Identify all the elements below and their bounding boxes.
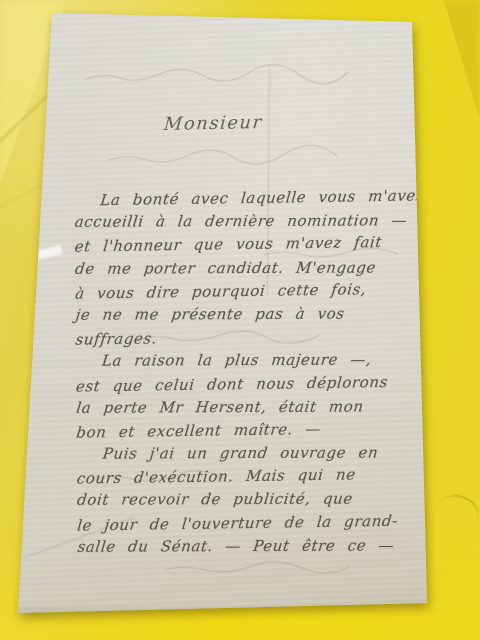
letter-line: La raison la plus majeure —, xyxy=(75,349,424,374)
paper-shadow-wrap: Monsieur La bonté avec laquelle vous m'a… xyxy=(14,10,432,620)
backdrop-corner-shade xyxy=(428,0,480,120)
paper-bottom-edge-shade xyxy=(14,604,432,620)
letter-line: de me porter candidat. M'engage xyxy=(74,256,423,281)
letter-line: et l'honneur que vous m'avez fait xyxy=(74,231,423,259)
letter-line: salle du Sénat. — Peut être ce — xyxy=(76,534,425,559)
letter-line: je ne me présente pas à vos xyxy=(74,302,423,327)
letter-line: le jour de l'ouverture de la grand- xyxy=(76,509,425,537)
letter-content: Monsieur La bonté avec laquelle vous m'a… xyxy=(14,10,432,620)
letter-line: à vous dire pourquoi cette fois, xyxy=(74,277,423,305)
letter-line: bon et excellent maître. — xyxy=(75,416,424,444)
letter-line: doit recevoir de publicité, que xyxy=(76,488,425,513)
letter-paper: Monsieur La bonté avec laquelle vous m'a… xyxy=(14,10,432,620)
backdrop-scratch-mark xyxy=(434,488,480,532)
letter-line: la perte Mr Hersent, était mon xyxy=(75,395,424,420)
letter-photo: Monsieur La bonté avec laquelle vous m'a… xyxy=(0,0,480,640)
letter-line: est que celui dont nous déplorons xyxy=(75,370,424,398)
salutation: Monsieur xyxy=(163,112,263,135)
letter-body: La bonté avec laquelle vous m'avezaccuei… xyxy=(74,185,423,559)
